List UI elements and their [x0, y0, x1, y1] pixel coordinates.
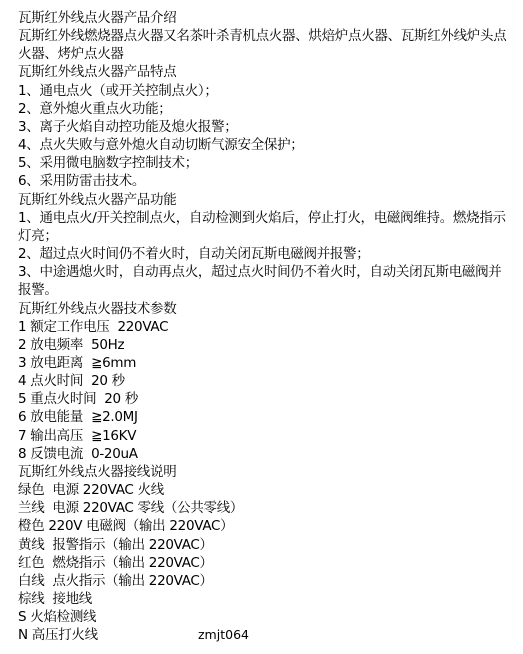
wiring-item: 橙色 220V 电磁阀（输出 220VAC） — [18, 517, 508, 535]
function-item: 3、中途遇熄火时，自动再点火，超过点火时间仍不着火时，自动关闭瓦斯电磁阀并报警。 — [18, 263, 508, 299]
feature-item: 6、采用防雷击技术。 — [18, 172, 508, 190]
document-body: 瓦斯红外线点火器产品介绍 瓦斯红外线燃烧器点火器又名茶叶杀青机点火器、烘焙炉点火… — [18, 9, 508, 644]
wiring-item: S 火焰检测线 — [18, 608, 508, 626]
spec-item: 7 输出高压 ≧16KV — [18, 427, 508, 445]
wiring-item: 棕线 接地线 — [18, 590, 508, 608]
spec-item: 8 反馈电流 0-20uA — [18, 445, 508, 463]
function-item: 2、超过点火时间仍不着火时，自动关闭瓦斯电磁阀并报警； — [18, 245, 508, 263]
feature-item: 5、采用微电脑数字控制技术； — [18, 154, 508, 172]
feature-item: 1、通电点火（或开关控制点火）； — [18, 82, 508, 100]
feature-item: 2、意外熄火重点火功能； — [18, 100, 508, 118]
section-heading-functions: 瓦斯红外线点火器产品功能 — [18, 191, 508, 209]
section-heading-wiring: 瓦斯红外线点火器接线说明 — [18, 463, 508, 481]
section-heading-intro: 瓦斯红外线点火器产品介绍 — [18, 9, 508, 27]
wiring-item: N 高压打火线 — [18, 626, 508, 644]
section-heading-specs: 瓦斯红外线点火器技术参数 — [18, 300, 508, 318]
wiring-item: 红色 燃烧指示（输出 220VAC） — [18, 554, 508, 572]
spec-item: 4 点火时间 20 秒 — [18, 372, 508, 390]
spec-item: 2 放电频率 50Hz — [18, 336, 508, 354]
section-heading-features: 瓦斯红外线点火器产品特点 — [18, 63, 508, 81]
feature-item: 4、点火失败与意外熄火自动切断气源安全保护； — [18, 136, 508, 154]
wiring-item: 兰线 电源 220VAC 零线（公共零线） — [18, 499, 508, 517]
wiring-item: 黄线 报警指示（输出 220VAC） — [18, 536, 508, 554]
wiring-item: 绿色 电源 220VAC 火线 — [18, 481, 508, 499]
spec-item: 1 额定工作电压 220VAC — [18, 318, 508, 336]
spec-item: 3 放电距离 ≧6mm — [18, 354, 508, 372]
feature-item: 3、离子火焰自动控功能及熄火报警； — [18, 118, 508, 136]
wiring-item: 白线 点火指示（输出 220VAC） — [18, 572, 508, 590]
spec-item: 6 放电能量 ≧2.0MJ — [18, 408, 508, 426]
signature-code: zmjt064 — [198, 627, 249, 642]
function-item: 1、通电点火/开关控制点火，自动检测到火焰后，停止打火，电磁阀维持。燃烧指示灯亮… — [18, 209, 508, 245]
intro-text: 瓦斯红外线燃烧器点火器又名茶叶杀青机点火器、烘焙炉点火器、瓦斯红外线炉头点火器、… — [18, 27, 508, 63]
spec-item: 5 重点火时间 20 秒 — [18, 390, 508, 408]
